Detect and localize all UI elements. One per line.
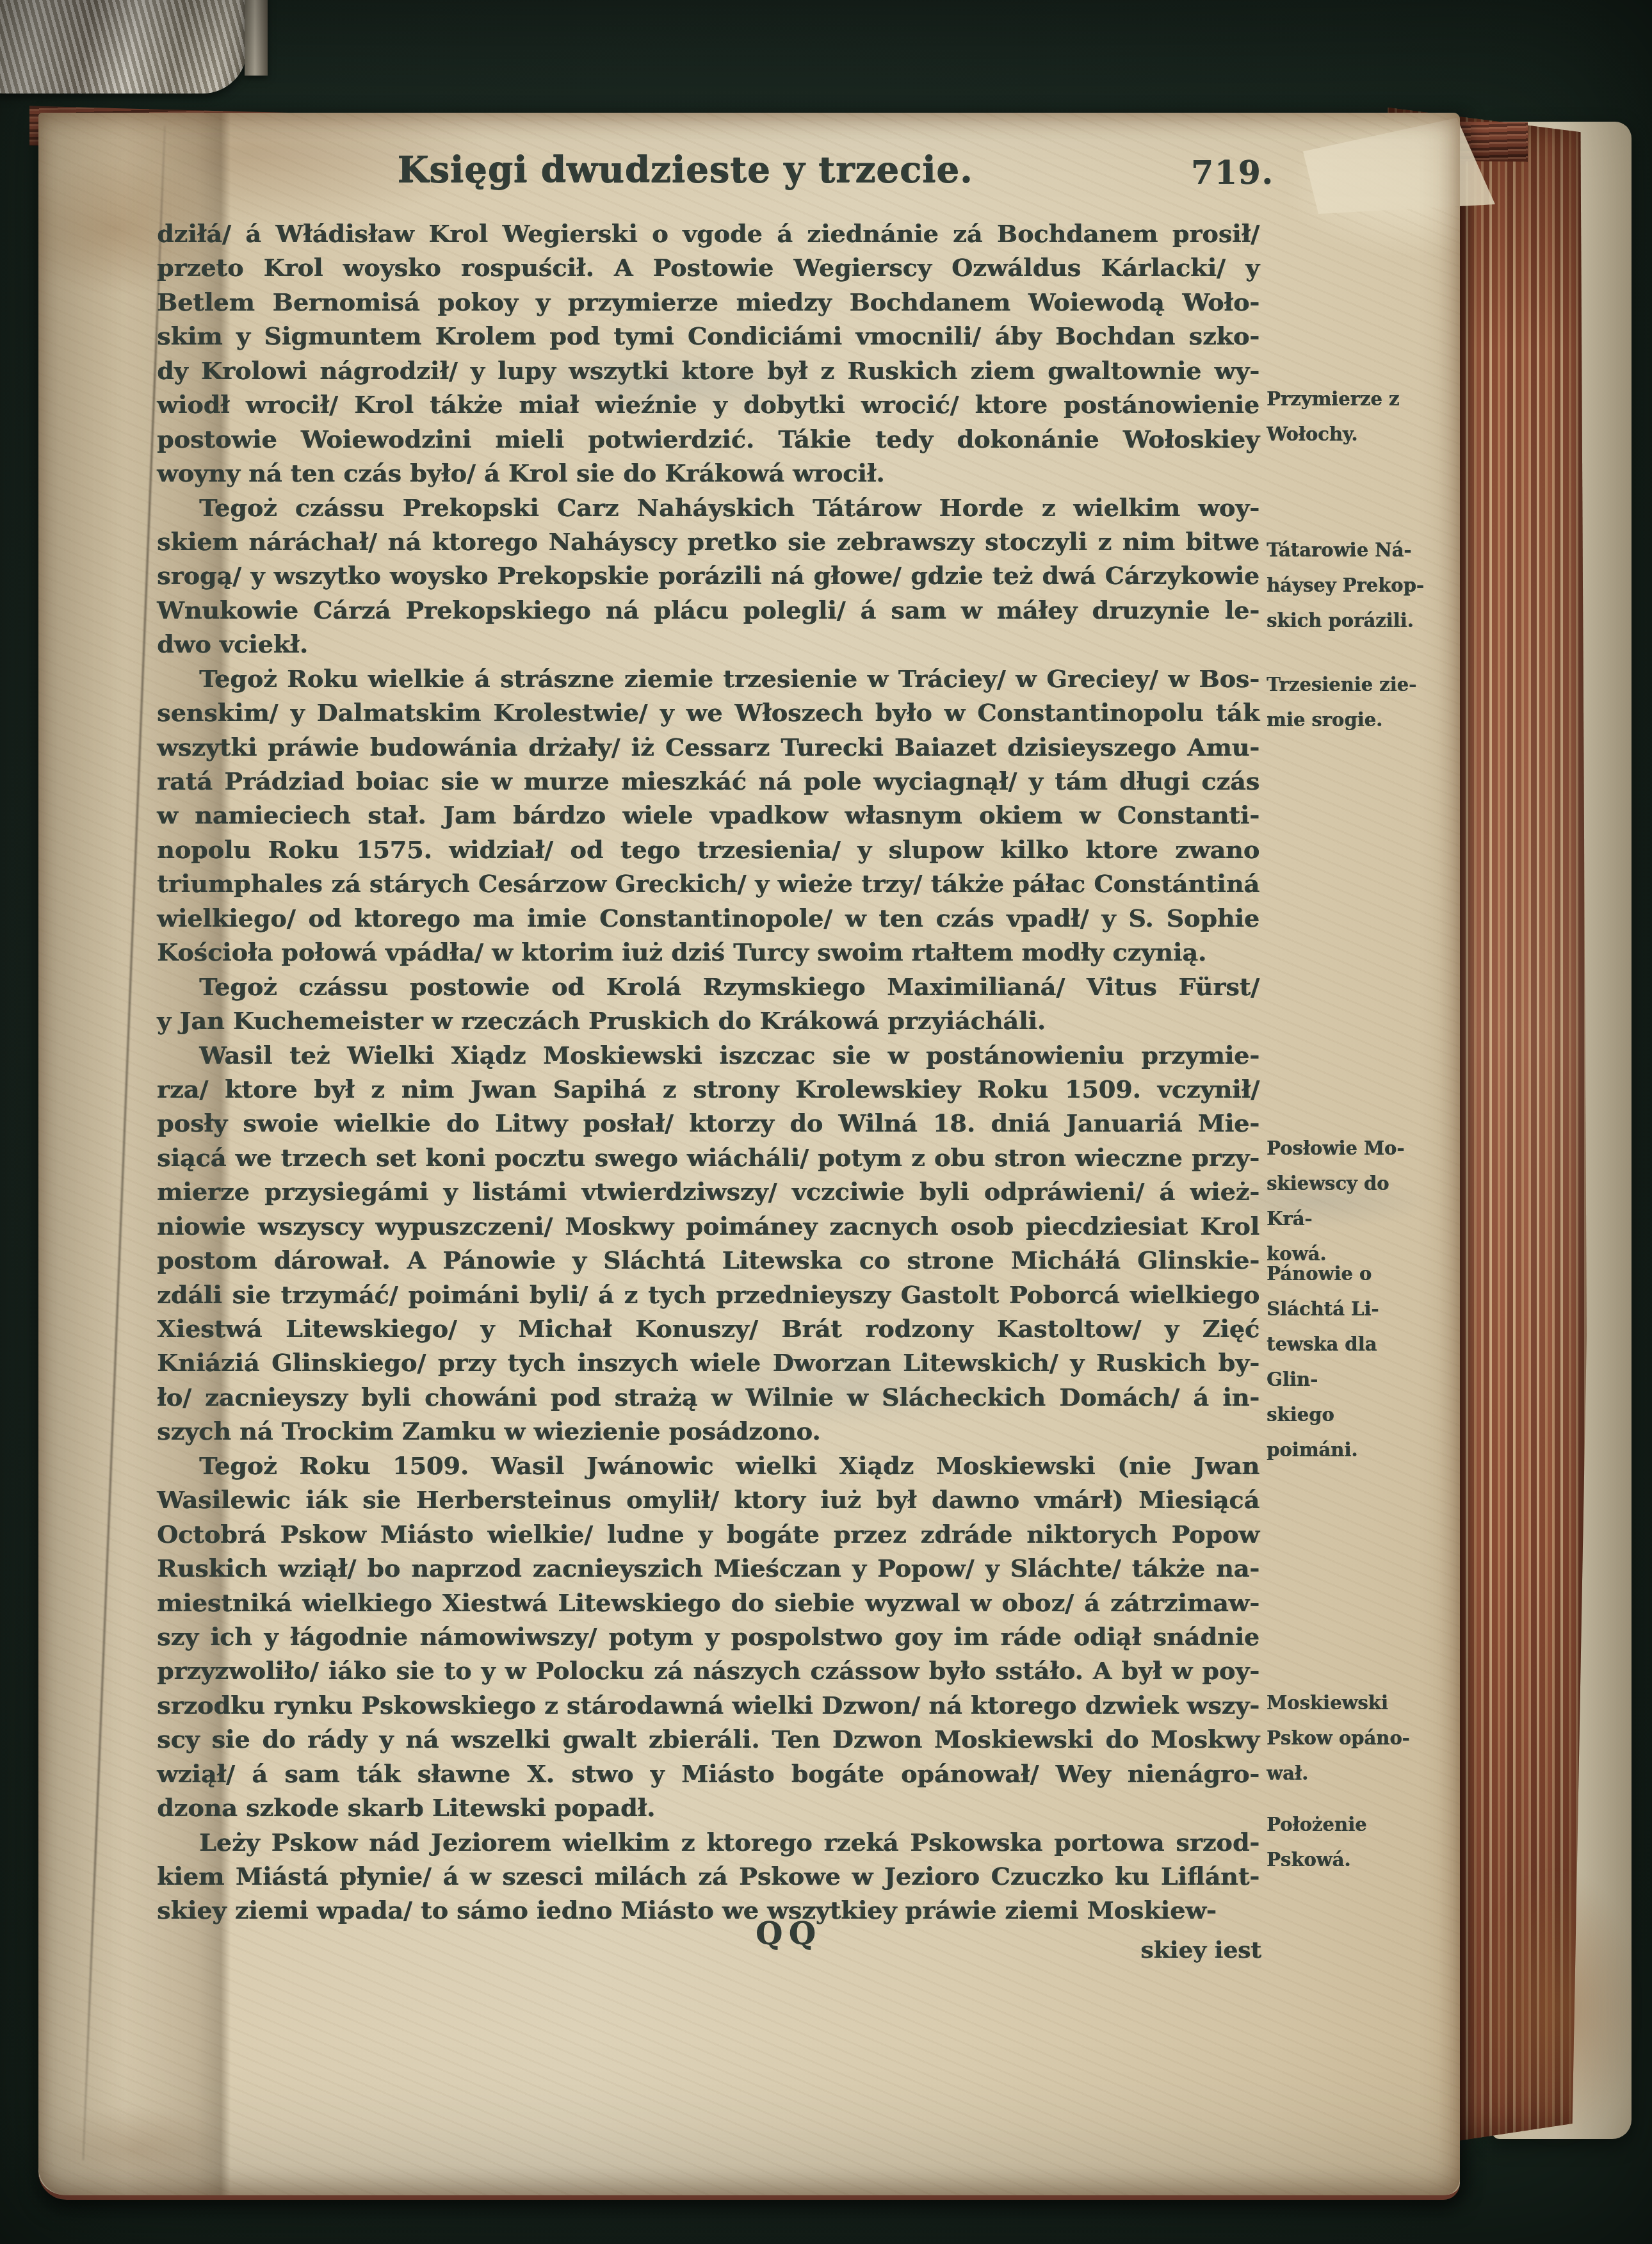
text-line: Tegoż czássu postowie od Krolá Rzymskieg… — [157, 970, 1259, 1004]
text-line: postowie Woiewodzini mieli potwierdzić. … — [157, 422, 1259, 456]
text-line: ło/ zacnieyszy byli chowáni pod strażą w… — [157, 1380, 1259, 1414]
text-line: wielkiego/ od ktorego ma imie Constantin… — [157, 901, 1259, 935]
text-line: senskim/ y Dalmatskim Krolestwie/ y we W… — [157, 695, 1259, 729]
text-line: wziął/ á sam ták sławne X. stwo y Miásto… — [157, 1757, 1259, 1791]
text-line: Tegoż Roku 1509. Wasil Jwánowic wielki X… — [157, 1449, 1259, 1483]
margin-note: Posłowie Mo-skiewscy do Krá-kowá. — [1267, 1131, 1425, 1272]
text-line: posły swoie wielkie do Litwy posłał/ kto… — [157, 1106, 1259, 1140]
text-line: srogą/ y wszytko woysko Prekopskie poráz… — [157, 558, 1259, 592]
text-line: Octobrá Pskow Miásto wielkie/ ludne y bo… — [157, 1517, 1259, 1551]
text-line: skiem náráchał/ ná ktorego Naháyscy pret… — [157, 524, 1259, 558]
margin-note: Tátarowie Ná-háysey Prekop-skich porázil… — [1267, 533, 1425, 638]
text-line: szych ná Trockim Zamku w wiezienie posád… — [157, 1414, 1259, 1448]
text-line: skiey ziemi wpada/ to sámo iedno Miásto … — [157, 1893, 1259, 1927]
text-line: scy sie do rády y ná wszelki gwalt zbier… — [157, 1722, 1259, 1756]
text-line: Wnukowie Cárzá Prekopskiego ná plácu pol… — [157, 593, 1259, 627]
text-line: woyny ná ten czás było/ á Krol sie do Kr… — [157, 456, 1259, 490]
margin-note: PołożeniePskowá. — [1267, 1807, 1425, 1878]
text-line: Wasil też Wielki Xiądz Moskiewski iszcza… — [157, 1038, 1259, 1072]
text-line: wszytki práwie budowánia drżały/ iż Cess… — [157, 730, 1259, 764]
text-line: ratá Prádziad boiac sie w murze mieszkáć… — [157, 764, 1259, 798]
text-line: Kniáziá Glinskiego/ przy tych inszych wi… — [157, 1346, 1259, 1379]
text-line: nopolu Roku 1575. widział/ od tego trzes… — [157, 833, 1259, 866]
text-line: Xiestwá Litewskiego/ y Michał Konuszy/ B… — [157, 1312, 1259, 1346]
margin-note: Pánowie oSláchtá Li-tewska dla Glin-skie… — [1267, 1256, 1425, 1468]
text-line: zdáli sie trzymáć/ poimáni byli/ á z tyc… — [157, 1278, 1259, 1312]
text-line: Leży Pskow nád Jeziorem wielkim z ktoreg… — [157, 1825, 1259, 1859]
text-line: Wasilewic iák sie Herbersteinus omylił/ … — [157, 1483, 1259, 1516]
text-line: Tegoż czássu Prekopski Carz Naháyskich T… — [157, 491, 1259, 524]
text-line: przeto Krol woysko rospuścił. A Postowie… — [157, 250, 1259, 284]
text-line: przyzwoliło/ iáko sie to y w Polocku zá … — [157, 1654, 1259, 1687]
signature-mark: QQ — [756, 1916, 822, 1952]
text-line: rza/ ktore był z nim Jwan Sapihá z stron… — [157, 1072, 1259, 1106]
body-text: dziłá/ á Włádisław Krol Wegierski o vgod… — [157, 216, 1259, 1928]
text-line: Ruskich wziął/ bo naprzod zacnieyszich M… — [157, 1551, 1259, 1585]
margin-note: Trzesienie zie-mie srogie. — [1267, 667, 1425, 738]
running-title: Księgi dwudzieste y trzecie. — [333, 149, 1037, 191]
text-line: Tegoż Roku wielkie á strászne ziemie trz… — [157, 662, 1259, 695]
text-line: skim y Sigmuntem Krolem pod tymi Condici… — [157, 319, 1259, 353]
book-clasp-band — [0, 0, 247, 93]
text-line: dy Krolowi nágrodził/ y lupy wszytki kto… — [157, 354, 1259, 387]
text-line: srzodku rynku Pskowskiego z stárodawná w… — [157, 1688, 1259, 1722]
margin-note: Przymierze zWołochy. — [1267, 382, 1425, 452]
margin-note: MoskiewskiPskow opáno-wał. — [1267, 1686, 1425, 1791]
text-line: dwo vciekł. — [157, 627, 1259, 661]
text-line: y Jan Kuchemeister w rzeczách Pruskich d… — [157, 1004, 1259, 1037]
text-line: w namieciech stał. Jam bárdzo wiele vpad… — [157, 798, 1259, 832]
text-line: wiodł wrocił/ Krol tákże miał wieźnie y … — [157, 387, 1259, 421]
text-line: Kościoła połowá vpádła/ w ktorim iuż dzi… — [157, 935, 1259, 969]
text-line: postom dárował. A Pánowie y Sláchtá Lite… — [157, 1243, 1259, 1277]
catchword: skiey iest — [1005, 1937, 1261, 1963]
text-line: niowie wszyscy wypuszczeni/ Moskwy poimá… — [157, 1209, 1259, 1243]
photo-background: Księgi dwudzieste y trzecie. 719. dziłá/… — [0, 0, 1652, 2244]
text-line: szy ich y łágodnie námowiwszy/ potym y p… — [157, 1620, 1259, 1654]
text-line: dziłá/ á Włádisław Krol Wegierski o vgod… — [157, 216, 1259, 250]
text-line: dzona szkode skarb Litewski popadł. — [157, 1791, 1259, 1825]
text-line: triumphales zá stárych Cesárzow Greckich… — [157, 866, 1259, 900]
book-clasp-strap — [245, 0, 268, 76]
text-line: siącá we trzech set koni pocztu swego wi… — [157, 1141, 1259, 1175]
book-page: Księgi dwudzieste y trzecie. 719. dziłá/… — [38, 113, 1460, 2200]
text-line: mierze przysiegámi y listámi vtwierdziws… — [157, 1175, 1259, 1208]
fore-edge-stain — [1473, 1870, 1639, 2145]
text-line: Betlem Bernomisá pokoy y przymierze mied… — [157, 285, 1259, 319]
text-line: kiem Miástá płynie/ á w szesci milách zá… — [157, 1859, 1259, 1893]
text-line: miestniká wielkiego Xiestwá Litewskiego … — [157, 1586, 1259, 1620]
page-number: 719. — [1191, 154, 1274, 191]
